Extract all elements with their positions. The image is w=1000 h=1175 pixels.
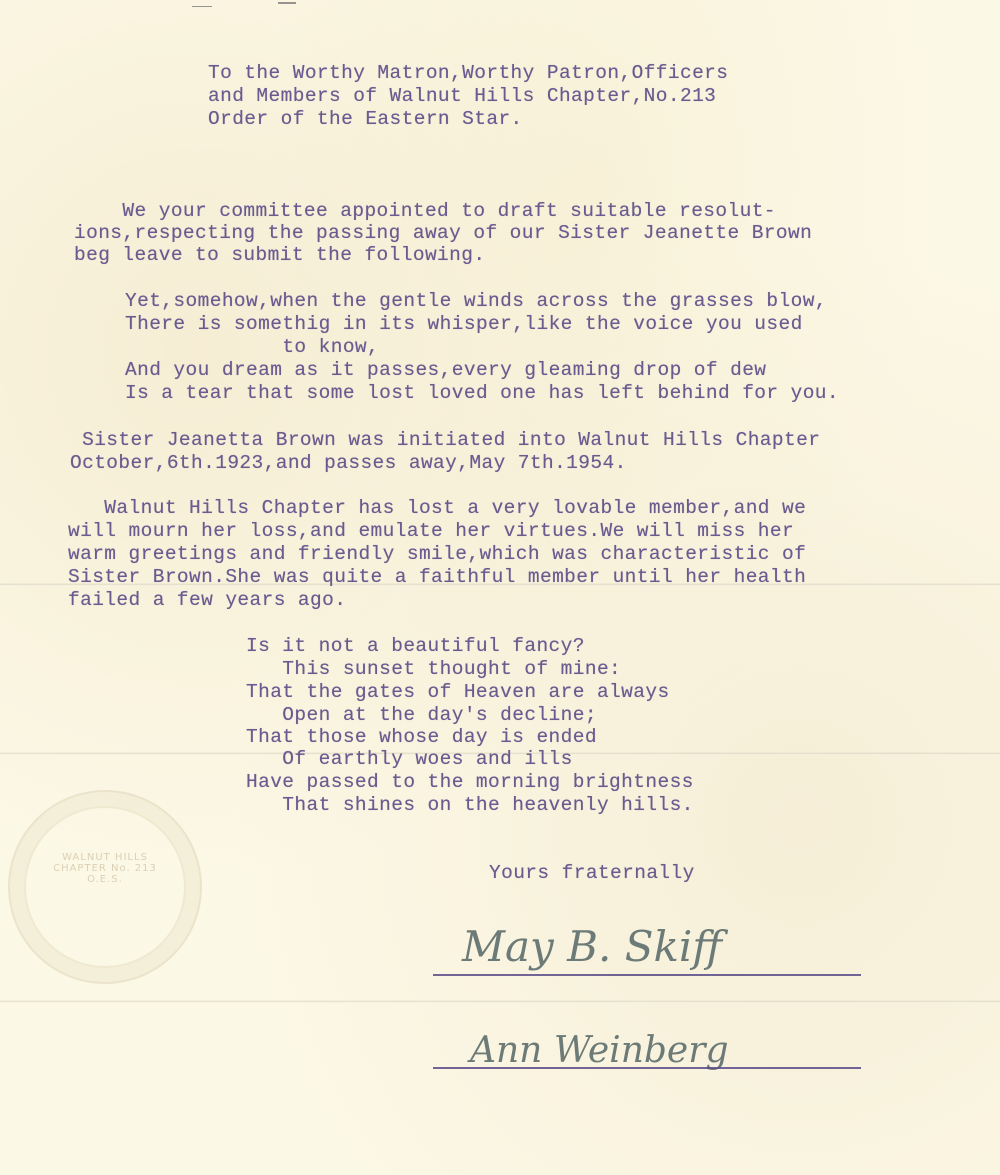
verse-line: Of earthly woes and ills — [246, 748, 573, 770]
verse-line: Have passed to the morning brightness — [246, 771, 694, 793]
paragraph-line: failed a few years ago. — [68, 589, 346, 611]
seal-text: WALNUT HILLS CHAPTER No. 213 O.E.S. — [40, 852, 170, 885]
signature-line — [433, 1067, 861, 1069]
signature-may-skiff: May B. Skiff — [462, 922, 722, 971]
verse-line: Open at the day's decline; — [246, 704, 597, 726]
verse-line: That shines on the heavenly hills. — [246, 794, 694, 816]
verse-line: That the gates of Heaven are always — [246, 681, 670, 703]
verse-line: Yet,somehow,when the gentle winds across… — [125, 290, 827, 312]
paragraph-line: warm greetings and friendly smile,which … — [68, 543, 806, 565]
paragraph-line: October,6th.1923,and passes away,May 7th… — [70, 452, 627, 474]
signature-ann-weinberg: Ann Weinberg — [470, 1030, 729, 1071]
verse-line: There is somethig in its whisper,like th… — [125, 313, 803, 335]
address-line: Order of the Eastern Star. — [208, 108, 523, 130]
paragraph-line: Walnut Hills Chapter has lost a very lov… — [68, 497, 806, 519]
closing-salutation: Yours fraternally — [489, 862, 695, 884]
address-line: To the Worthy Matron,Worthy Patron,Offic… — [208, 62, 728, 84]
paragraph-line: We your committee appointed to draft sui… — [74, 200, 776, 222]
verse-line: This sunset thought of mine: — [246, 658, 621, 680]
paragraph-line: ions,respecting the passing away of our … — [74, 222, 812, 244]
paragraph-line: Sister Brown.She was quite a faithful me… — [68, 566, 806, 588]
verse-line: Is a tear that some lost loved one has l… — [125, 382, 839, 404]
paper-fold-crease — [0, 1000, 1000, 1003]
verse-line: And you dream as it passes,every gleamin… — [125, 359, 766, 381]
ink-mark — [192, 6, 212, 7]
embossed-chapter-seal: WALNUT HILLS CHAPTER No. 213 O.E.S. — [8, 790, 202, 984]
address-line: and Members of Walnut Hills Chapter,No.2… — [208, 85, 716, 107]
paragraph-line: Sister Jeanetta Brown was initiated into… — [70, 429, 820, 451]
verse-line: Is it not a beautiful fancy? — [246, 635, 585, 657]
paragraph-line: beg leave to submit the following. — [74, 244, 485, 266]
signature-line — [433, 974, 861, 976]
paragraph-line: will mourn her loss,and emulate her virt… — [68, 520, 794, 542]
ink-mark — [278, 2, 296, 4]
verse-line: That those whose day is ended — [246, 726, 597, 748]
verse-line: to know, — [125, 336, 379, 358]
